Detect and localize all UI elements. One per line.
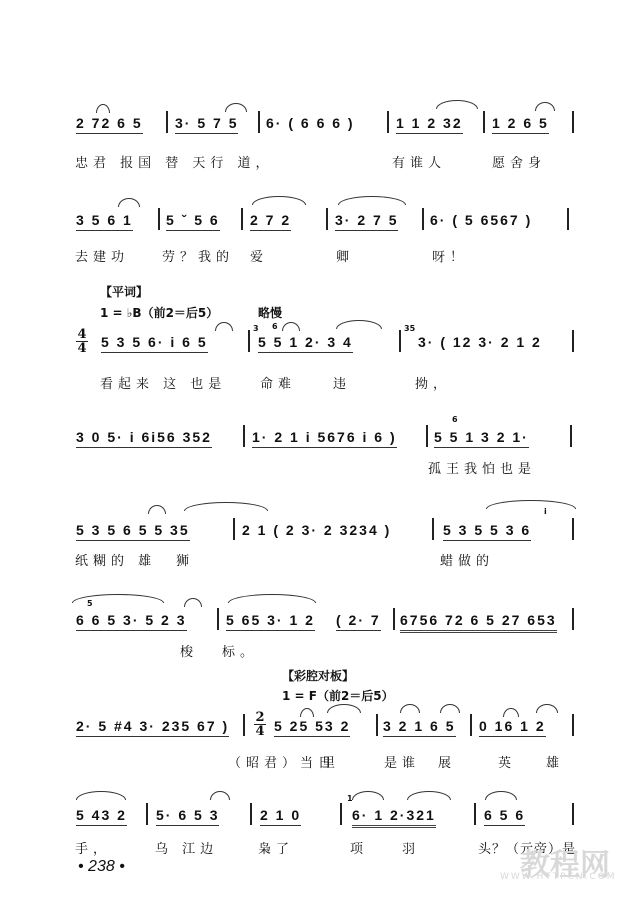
bar-line (233, 518, 235, 540)
bar-line (474, 803, 476, 825)
slur (225, 103, 247, 112)
lyric-text: 去建功 (75, 246, 129, 265)
measure: 6 5 6 (484, 805, 525, 826)
measure: 3 5 6 1 (76, 210, 133, 231)
measure: 3· 2 7 5 (335, 210, 398, 231)
measure: 0 16 1 2 (479, 716, 546, 737)
score-row-6: 6 6 5 3· 5 2 3 5 65 3· 1 2 ( 2· 7 6756 7… (0, 610, 620, 630)
time-signature-numerator: 2 (254, 711, 266, 725)
slur (503, 708, 519, 717)
measure: 5 5 1 2· 3 4 (258, 332, 353, 353)
bar-line (572, 803, 574, 825)
section-label: 【彩腔对板】 (282, 667, 354, 684)
lyric-text: 爱 (250, 246, 268, 265)
lyric-text: 拗， (415, 373, 451, 392)
bar-line (470, 714, 472, 736)
lyric-text: 英 (498, 752, 516, 771)
grace-note: 6 (272, 323, 278, 331)
time-signature-denominator: 4 (255, 724, 264, 739)
slur (407, 791, 451, 800)
lyric-text: 雄 (546, 752, 564, 771)
watermark-url: WWW.HTTPCN.COM (500, 872, 617, 882)
slur (148, 505, 166, 514)
key-signature: 1 = F（前2＝后5） (282, 687, 394, 704)
slur (210, 791, 230, 800)
lyric-text: 乌 江边 (155, 838, 218, 857)
bar-line (387, 111, 389, 133)
bar-line (326, 208, 328, 230)
score-row-4: 3 0 5· i 6i56 352 1· 2 1 i 5676 i 6 ) 5 … (0, 427, 620, 447)
key-signature: 1 = ♭B（前2＝后5） (100, 304, 218, 321)
lyric-text: 手， (75, 838, 111, 857)
bar-line (248, 330, 250, 352)
slur (485, 791, 517, 800)
section-label: 【平词】 (100, 283, 148, 300)
slur (535, 102, 555, 111)
bar-line (422, 208, 424, 230)
bar-line (217, 608, 219, 630)
slur (300, 708, 314, 717)
measure: 6· ( 6 6 6 ) (266, 113, 355, 133)
bar-line (250, 803, 252, 825)
measure: 5 25 53 2 (274, 716, 350, 737)
lyric-text: （昭君）当日 (228, 752, 336, 771)
grace-note: i (544, 508, 547, 516)
score-row-2: 3 5 6 1 5 ˇ 5 6 2 7 2 3· 2 7 5 6· ( 5 65… (0, 210, 620, 230)
page-number: • 238 • (78, 858, 125, 876)
measure: ( 2· 7 (336, 610, 381, 631)
bar-line (426, 425, 428, 447)
slur (486, 500, 576, 509)
bar-line (241, 208, 243, 230)
lyric-text: 里 (322, 752, 340, 771)
measure: 5 5 1 3 2 1· (434, 427, 529, 448)
measure: 2 1 0 (260, 805, 301, 826)
lyric-text: 是谁 (384, 752, 420, 771)
tempo-marking: 略慢 (258, 304, 282, 321)
slur (336, 320, 382, 329)
measure: 2 72 6 5 (76, 113, 143, 134)
slur (184, 502, 268, 511)
score-row-5: 5 3 5 6 5 5 35 2 1 ( 2 3· 2 3234 ) 5 3 5… (0, 520, 620, 540)
measure: 2 7 2 (250, 210, 291, 231)
measure: 6· ( 5 6567 ) (430, 210, 532, 230)
lyric-text: 违 (333, 373, 351, 392)
grace-note: 6 (452, 416, 458, 424)
lyric-text: 蜡做的 (440, 550, 494, 569)
lyric-text: 忠君 报国 替 天行 道， (75, 152, 274, 171)
measure: 1· 2 1 i 5676 i 6 ) (252, 427, 397, 448)
measure: 3· ( 12 3· 2 1 2 (418, 332, 542, 352)
lyric-text: 枭了 (258, 838, 294, 857)
measure: 3 2 1 6 5 (383, 716, 456, 737)
slur (536, 704, 558, 713)
bar-line (572, 714, 574, 736)
lyric-text: 劳？我的 (162, 246, 234, 265)
slur (338, 196, 406, 205)
lyric-text: 命难 (260, 373, 296, 392)
lyric-text: 卿 (336, 246, 354, 265)
measure: 5 43 2 (76, 805, 127, 826)
slur (436, 100, 478, 109)
time-signature: 2 4 (254, 711, 266, 738)
slur (118, 198, 140, 207)
measure: 2· 5 #4 3· 235 67 ) (76, 716, 229, 737)
slur (352, 791, 384, 800)
bar-line (399, 330, 401, 352)
measure: 5 3 5 6 5 5 35 (76, 520, 190, 541)
bar-line (567, 208, 569, 230)
measure: 5 3 5 5 3 6 (443, 520, 531, 541)
measure: 6 6 5 3· 5 2 3 (76, 610, 187, 631)
lyric-text: 羽 (402, 838, 420, 857)
slur (440, 704, 460, 713)
slur (215, 322, 233, 331)
lyric-text: 纸糊的 雄 (75, 550, 156, 569)
grace-note: 35 (404, 325, 415, 333)
lyric-text: 狮 (176, 550, 194, 569)
bar-line (243, 425, 245, 447)
grace-note: 3 (253, 325, 259, 333)
lyric-text: 看起来 这 也是 (100, 373, 226, 392)
lyric-text: 有谁人 (392, 152, 446, 171)
measure: 1 2 6 5 (492, 113, 549, 134)
bar-line (570, 425, 572, 447)
measure: 5 65 3· 1 2 (226, 610, 315, 631)
bar-line (432, 518, 434, 540)
bar-line (572, 518, 574, 540)
lyric-text: 愿舍身 (492, 152, 546, 171)
bar-line (483, 111, 485, 133)
score-row-3: 5 3 5 6· i 6 5 5 5 1 2· 3 4 3· ( 12 3· 2… (0, 332, 620, 352)
slur (228, 594, 316, 603)
measure: 1 1 2 32 (396, 113, 463, 134)
score-row-8: 5 43 2 5· 6 5 3 2 1 0 6· 1 2·321 6 5 6 (0, 805, 620, 825)
lyric-text: 项 (350, 838, 368, 857)
lyric-text: 呀！ (432, 246, 468, 265)
lyric-text: 标。 (222, 641, 258, 660)
slur (327, 704, 361, 713)
slur (96, 104, 110, 113)
bar-line (340, 803, 342, 825)
measure: 5 ˇ 5 6 (166, 210, 220, 231)
slur (76, 791, 126, 800)
bar-line (572, 111, 574, 133)
measure: 2 1 ( 2 3· 2 3234 ) (242, 520, 391, 540)
bar-line (376, 714, 378, 736)
slur (72, 594, 164, 603)
score-row-7: 2· 5 #4 3· 235 67 ) 5 25 53 2 3 2 1 6 5 … (0, 716, 620, 736)
measure: 3· 5 7 5 (175, 113, 238, 134)
bar-line (243, 714, 245, 736)
bar-line (572, 330, 574, 352)
measure: 3 0 5· i 6i56 352 (76, 427, 212, 448)
lyric-text: 梭 (180, 641, 198, 660)
measure: 5 3 5 6· i 6 5 (101, 332, 208, 353)
slur (184, 598, 202, 607)
bar-line (158, 208, 160, 230)
slur (400, 704, 420, 713)
bar-line (146, 803, 148, 825)
lyric-text: 孤王我怕也是 (428, 458, 536, 477)
bar-line (393, 608, 395, 630)
lyric-text: 展 (438, 752, 456, 771)
slur (252, 196, 306, 205)
measure: 5· 6 5 3 (156, 805, 219, 826)
measure: 6· 1 2·321 (352, 805, 436, 828)
score-row-1: 2 72 6 5 3· 5 7 5 6· ( 6 6 6 ) 1 1 2 32 … (0, 113, 620, 133)
measure: 6756 72 6 5 27 653 (400, 610, 557, 633)
bar-line (166, 111, 168, 133)
bar-line (258, 111, 260, 133)
bar-line (572, 608, 574, 630)
slur (282, 322, 300, 331)
